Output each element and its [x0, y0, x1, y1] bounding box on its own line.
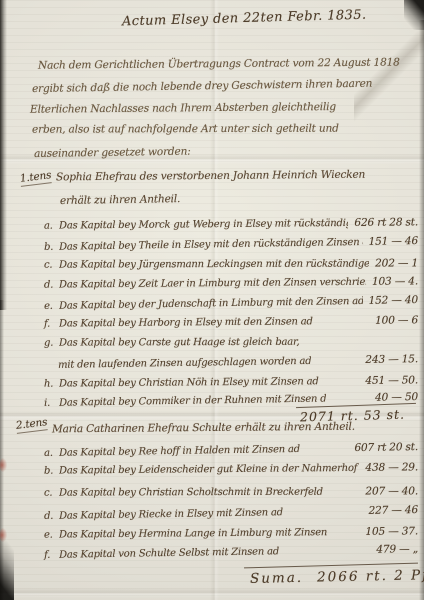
item-text: Das Kapital bey Christian Scholtschmit i… — [59, 487, 323, 499]
item-letter: f. — [44, 550, 59, 561]
ledger-row: g. Das Kapital bey Carste gut Haage ist … — [44, 336, 418, 348]
item-letter: a. — [44, 448, 59, 459]
item-text: Das Kapital bey Hermina Lange in Limburg… — [59, 527, 327, 540]
item-amount: 105 — 37. — [359, 525, 418, 538]
item-amount: 207 — 40. — [359, 485, 418, 497]
item-amount: 479 — „ — [370, 543, 418, 556]
section-1-heading: erhält zu ihren Antheil. — [60, 193, 180, 207]
item-amount: 227 — 46 — [362, 504, 418, 517]
item-amount: 152 — 40 — [362, 294, 418, 307]
manuscript-scan: Actum Elsey den 22ten Febr. 1835. Nach d… — [0, 0, 424, 600]
item-amount: 626 rt 28 st. — [348, 216, 418, 229]
item-amount: 202 — 1 — [369, 257, 418, 269]
item-letter: e. — [44, 301, 59, 312]
item-letter: c. — [44, 488, 59, 499]
item-text: Das Kapital bey Carste gut Haage ist gle… — [59, 337, 300, 349]
item-text: Das Kapital bey Jürgensmann Leckingsen m… — [59, 259, 369, 271]
item-letter: a. — [44, 221, 59, 232]
item-letter: g. — [44, 338, 59, 349]
item-amount: 103 — 4. — [366, 275, 418, 287]
item-letter: h. — [44, 379, 59, 390]
item-letter: b. — [44, 242, 59, 253]
intro-line: erben, also ist auf nachfolgende Art unt… — [32, 122, 414, 135]
item-text: Das Kapital bey Christian Nöh in Elsey m… — [59, 376, 319, 389]
item-letter: c. — [44, 260, 59, 271]
item-letter: b. — [44, 466, 59, 477]
item-amount: 607 rt 20 st. — [348, 441, 418, 454]
item-text: Das Kapital bey Harborg in Elsey mit den… — [59, 316, 313, 329]
ledger-row: c. Das Kapital bey Jürgensmann Leckingse… — [44, 257, 418, 270]
red-ink-smudge — [0, 458, 7, 472]
ledger-row: c. Das Kapital bey Christian Scholtschmi… — [44, 485, 418, 498]
item-letter: d. — [44, 511, 59, 522]
red-ink-smudge — [0, 528, 7, 542]
scan-edge-right — [419, 20, 424, 600]
item-letter: i. — [44, 398, 59, 409]
item-amount: 451 — 50. — [359, 374, 418, 387]
item-amount: 40 — 50 — [369, 391, 418, 404]
item-letter: e. — [44, 530, 59, 541]
grand-total-label: Suma. — [250, 570, 303, 587]
item-amount: 151 — 46 — [362, 235, 418, 248]
item-amount: 438 — 29. — [359, 461, 418, 474]
item-amount: 100 — 6 — [369, 314, 418, 326]
item-letter: d. — [44, 280, 59, 291]
grand-total-value: 2066 rt. 2 Pf. — [317, 567, 424, 585]
item-letter: f. — [44, 319, 59, 330]
item-amount: 243 — 15. — [359, 353, 418, 366]
scan-edge-left — [0, 0, 7, 310]
